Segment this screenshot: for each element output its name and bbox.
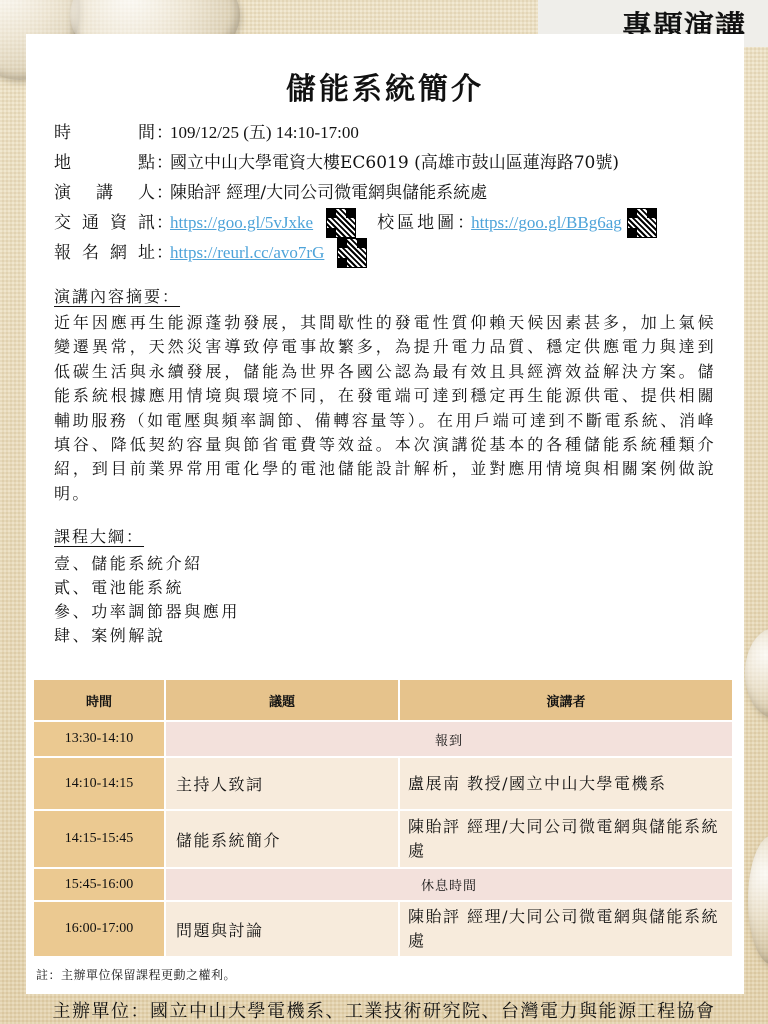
info-speaker: 演講人： 陳貽評 經理/大同公司微電網與儲能系統處: [54, 178, 656, 208]
cell-merged: 休息時間: [165, 868, 733, 901]
cell-time: 16:00-17:00: [33, 901, 165, 957]
disclaimer-note: 註：主辦單位保留課程更動之權利。: [36, 966, 236, 983]
info-time: 時間： 109/12/25 (五) 14:10-17:00: [54, 118, 656, 148]
cell-speaker: 盧展南 教授/國立中山大學電機系: [399, 757, 733, 810]
outline-item: 貳、電池能系統: [54, 576, 240, 600]
info-label: 地點: [54, 148, 156, 178]
column-header-speaker: 演講者: [399, 679, 733, 721]
outline-heading: 課程大綱：: [54, 524, 144, 547]
info-label: 報名網址: [54, 238, 156, 268]
cell-speaker: 陳貽評 經理/大同公司微電網與儲能系統處: [399, 810, 733, 868]
campus-map-link[interactable]: https://goo.gl/BBg6ag: [471, 208, 622, 238]
info-place: 地點： 國立中山大學電資大樓EC6019 (高雄市鼓山區蓮海路70號): [54, 148, 656, 178]
cell-merged: 報到: [165, 721, 733, 757]
abstract-body: 近年因應再生能源蓬勃發展，其間歇性的發電性質仰賴天候因素甚多，加上氣候變遷異常，…: [54, 311, 716, 506]
outline-item: 參、功率調節器與應用: [54, 600, 240, 624]
info-transport: 交通資訊： https://goo.gl/5vJxke 校區地圖： https:…: [54, 208, 656, 238]
outline-item: 壹、儲能系統介紹: [54, 552, 240, 576]
table-row: 16:00-17:00 問題與討論 陳貽評 經理/大同公司微電網與儲能系統處: [33, 901, 733, 957]
info-value: 國立中山大學電資大樓EC6019 (高雄市鼓山區蓮海路70號): [170, 148, 619, 178]
transport-link[interactable]: https://goo.gl/5vJxke: [170, 208, 313, 238]
column-header-time: 時間: [33, 679, 165, 721]
info-value: 109/12/25 (五) 14:10-17:00: [170, 118, 359, 148]
info-label: 交通資訊: [54, 208, 156, 238]
qr-code-icon: [628, 209, 656, 237]
abstract-heading: 演講內容摘要：: [54, 284, 180, 307]
table-row: 14:15-15:45 儲能系統簡介 陳貽評 經理/大同公司微電網與儲能系統處: [33, 810, 733, 868]
info-value: 陳貽評 經理/大同公司微電網與儲能系統處: [170, 178, 487, 208]
outline-list: 壹、儲能系統介紹 貳、電池能系統 參、功率調節器與應用 肆、案例解說: [54, 552, 240, 648]
info-label: 校區地圖: [377, 208, 457, 238]
content-panel: 儲能系統簡介 時間： 109/12/25 (五) 14:10-17:00 地點：…: [26, 34, 744, 994]
cell-topic: 儲能系統簡介: [165, 810, 399, 868]
schedule-table: 時間 議題 演講者 13:30-14:10 報到 14:10-14:15 主持人…: [32, 678, 734, 958]
page-title: 儲能系統簡介: [26, 64, 744, 108]
water-drop-decoration: [748, 835, 768, 965]
table-header-row: 時間 議題 演講者: [33, 679, 733, 721]
organizers-footer: 主辦單位：國立中山大學電機系、工業技術研究院、台灣電力與能源工程協會: [0, 997, 768, 1023]
cell-time: 14:15-15:45: [33, 810, 165, 868]
cell-topic: 主持人致詞: [165, 757, 399, 810]
water-drop-decoration: [745, 628, 768, 718]
qr-code-icon: [338, 239, 366, 267]
qr-code-icon: [327, 209, 355, 237]
cell-time: 14:10-14:15: [33, 757, 165, 810]
event-info: 時間： 109/12/25 (五) 14:10-17:00 地點： 國立中山大學…: [54, 118, 656, 268]
registration-link[interactable]: https://reurl.cc/avo7rG: [170, 238, 324, 268]
cell-speaker: 陳貽評 經理/大同公司微電網與儲能系統處: [399, 901, 733, 957]
info-registration: 報名網址： https://reurl.cc/avo7rG: [54, 238, 656, 268]
info-label: 演講人: [54, 178, 156, 208]
cell-time: 13:30-14:10: [33, 721, 165, 757]
cell-topic: 問題與討論: [165, 901, 399, 957]
cell-time: 15:45-16:00: [33, 868, 165, 901]
table-row: 13:30-14:10 報到: [33, 721, 733, 757]
column-header-topic: 議題: [165, 679, 399, 721]
table-row: 15:45-16:00 休息時間: [33, 868, 733, 901]
outline-item: 肆、案例解說: [54, 624, 240, 648]
info-label: 時間: [54, 118, 156, 148]
table-row: 14:10-14:15 主持人致詞 盧展南 教授/國立中山大學電機系: [33, 757, 733, 810]
